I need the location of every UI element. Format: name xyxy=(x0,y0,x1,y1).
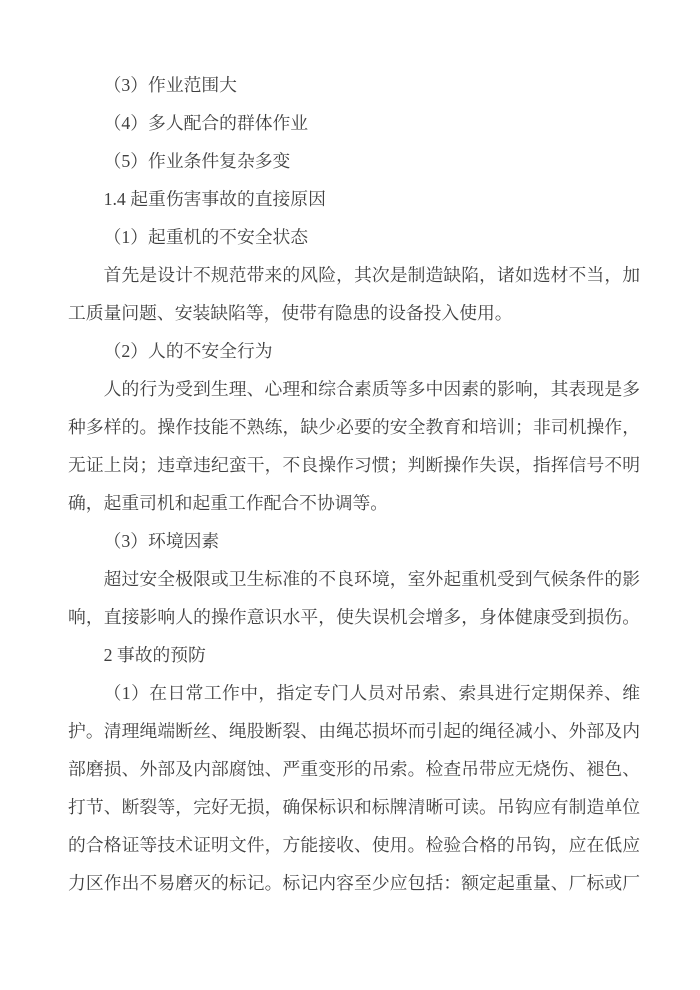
text-line: （2）人的不安全行为 xyxy=(68,332,640,370)
text-line: 力区作出不易磨灭的标记。标记内容至少应包括：额定起重量、厂标或厂 xyxy=(68,864,640,902)
text-line: 护。清理绳端断丝、绳股断裂、由绳芯损坏而引起的绳径减小、外部及内 xyxy=(68,712,640,750)
text-line: 人的行为受到生理、心理和综合素质等多中因素的影响，其表现是多 xyxy=(68,370,640,408)
text-line: 工质量问题、安装缺陷等，使带有隐患的设备投入使用。 xyxy=(68,294,640,332)
text-line: （1）起重机的不安全状态 xyxy=(68,218,640,256)
document-page: （3）作业范围大（4）多人配合的群体作业（5）作业条件复杂多变1.4 起重伤害事… xyxy=(0,0,700,990)
text-line: 部磨损、外部及内部腐蚀、严重变形的吊索。检查吊带应无烧伤、褪色、 xyxy=(68,750,640,788)
text-line: 的合格证等技术证明文件，方能接收、使用。检验合格的吊钩，应在低应 xyxy=(68,826,640,864)
text-line: 首先是设计不规范带来的风险，其次是制造缺陷，诸如选材不当，加 xyxy=(68,256,640,294)
text-line: 1.4 起重伤害事故的直接原因 xyxy=(68,180,640,218)
text-line: （5）作业条件复杂多变 xyxy=(68,142,640,180)
text-line: （3）环境因素 xyxy=(68,522,640,560)
text-line: 种多样的。操作技能不熟练，缺少必要的安全教育和培训；非司机操作， xyxy=(68,408,640,446)
text-line: （4）多人配合的群体作业 xyxy=(68,104,640,142)
text-line: 超过安全极限或卫生标准的不良环境，室外起重机受到气候条件的影 xyxy=(68,560,640,598)
text-line: 打节、断裂等，完好无损，确保标识和标牌清晰可读。吊钩应有制造单位 xyxy=(68,788,640,826)
text-line: （3）作业范围大 xyxy=(68,66,640,104)
text-line: 确，起重司机和起重工作配合不协调等。 xyxy=(68,484,640,522)
text-line: 2 事故的预防 xyxy=(68,636,640,674)
text-line: （1）在日常工作中，指定专门人员对吊索、索具进行定期保养、维 xyxy=(68,674,640,712)
text-line: 无证上岗；违章违纪蛮干，不良操作习惯；判断操作失误，指挥信号不明 xyxy=(68,446,640,484)
document-text-area: （3）作业范围大（4）多人配合的群体作业（5）作业条件复杂多变1.4 起重伤害事… xyxy=(68,66,640,902)
text-line: 响，直接影响人的操作意识水平，使失误机会增多，身体健康受到损伤。 xyxy=(68,598,640,636)
